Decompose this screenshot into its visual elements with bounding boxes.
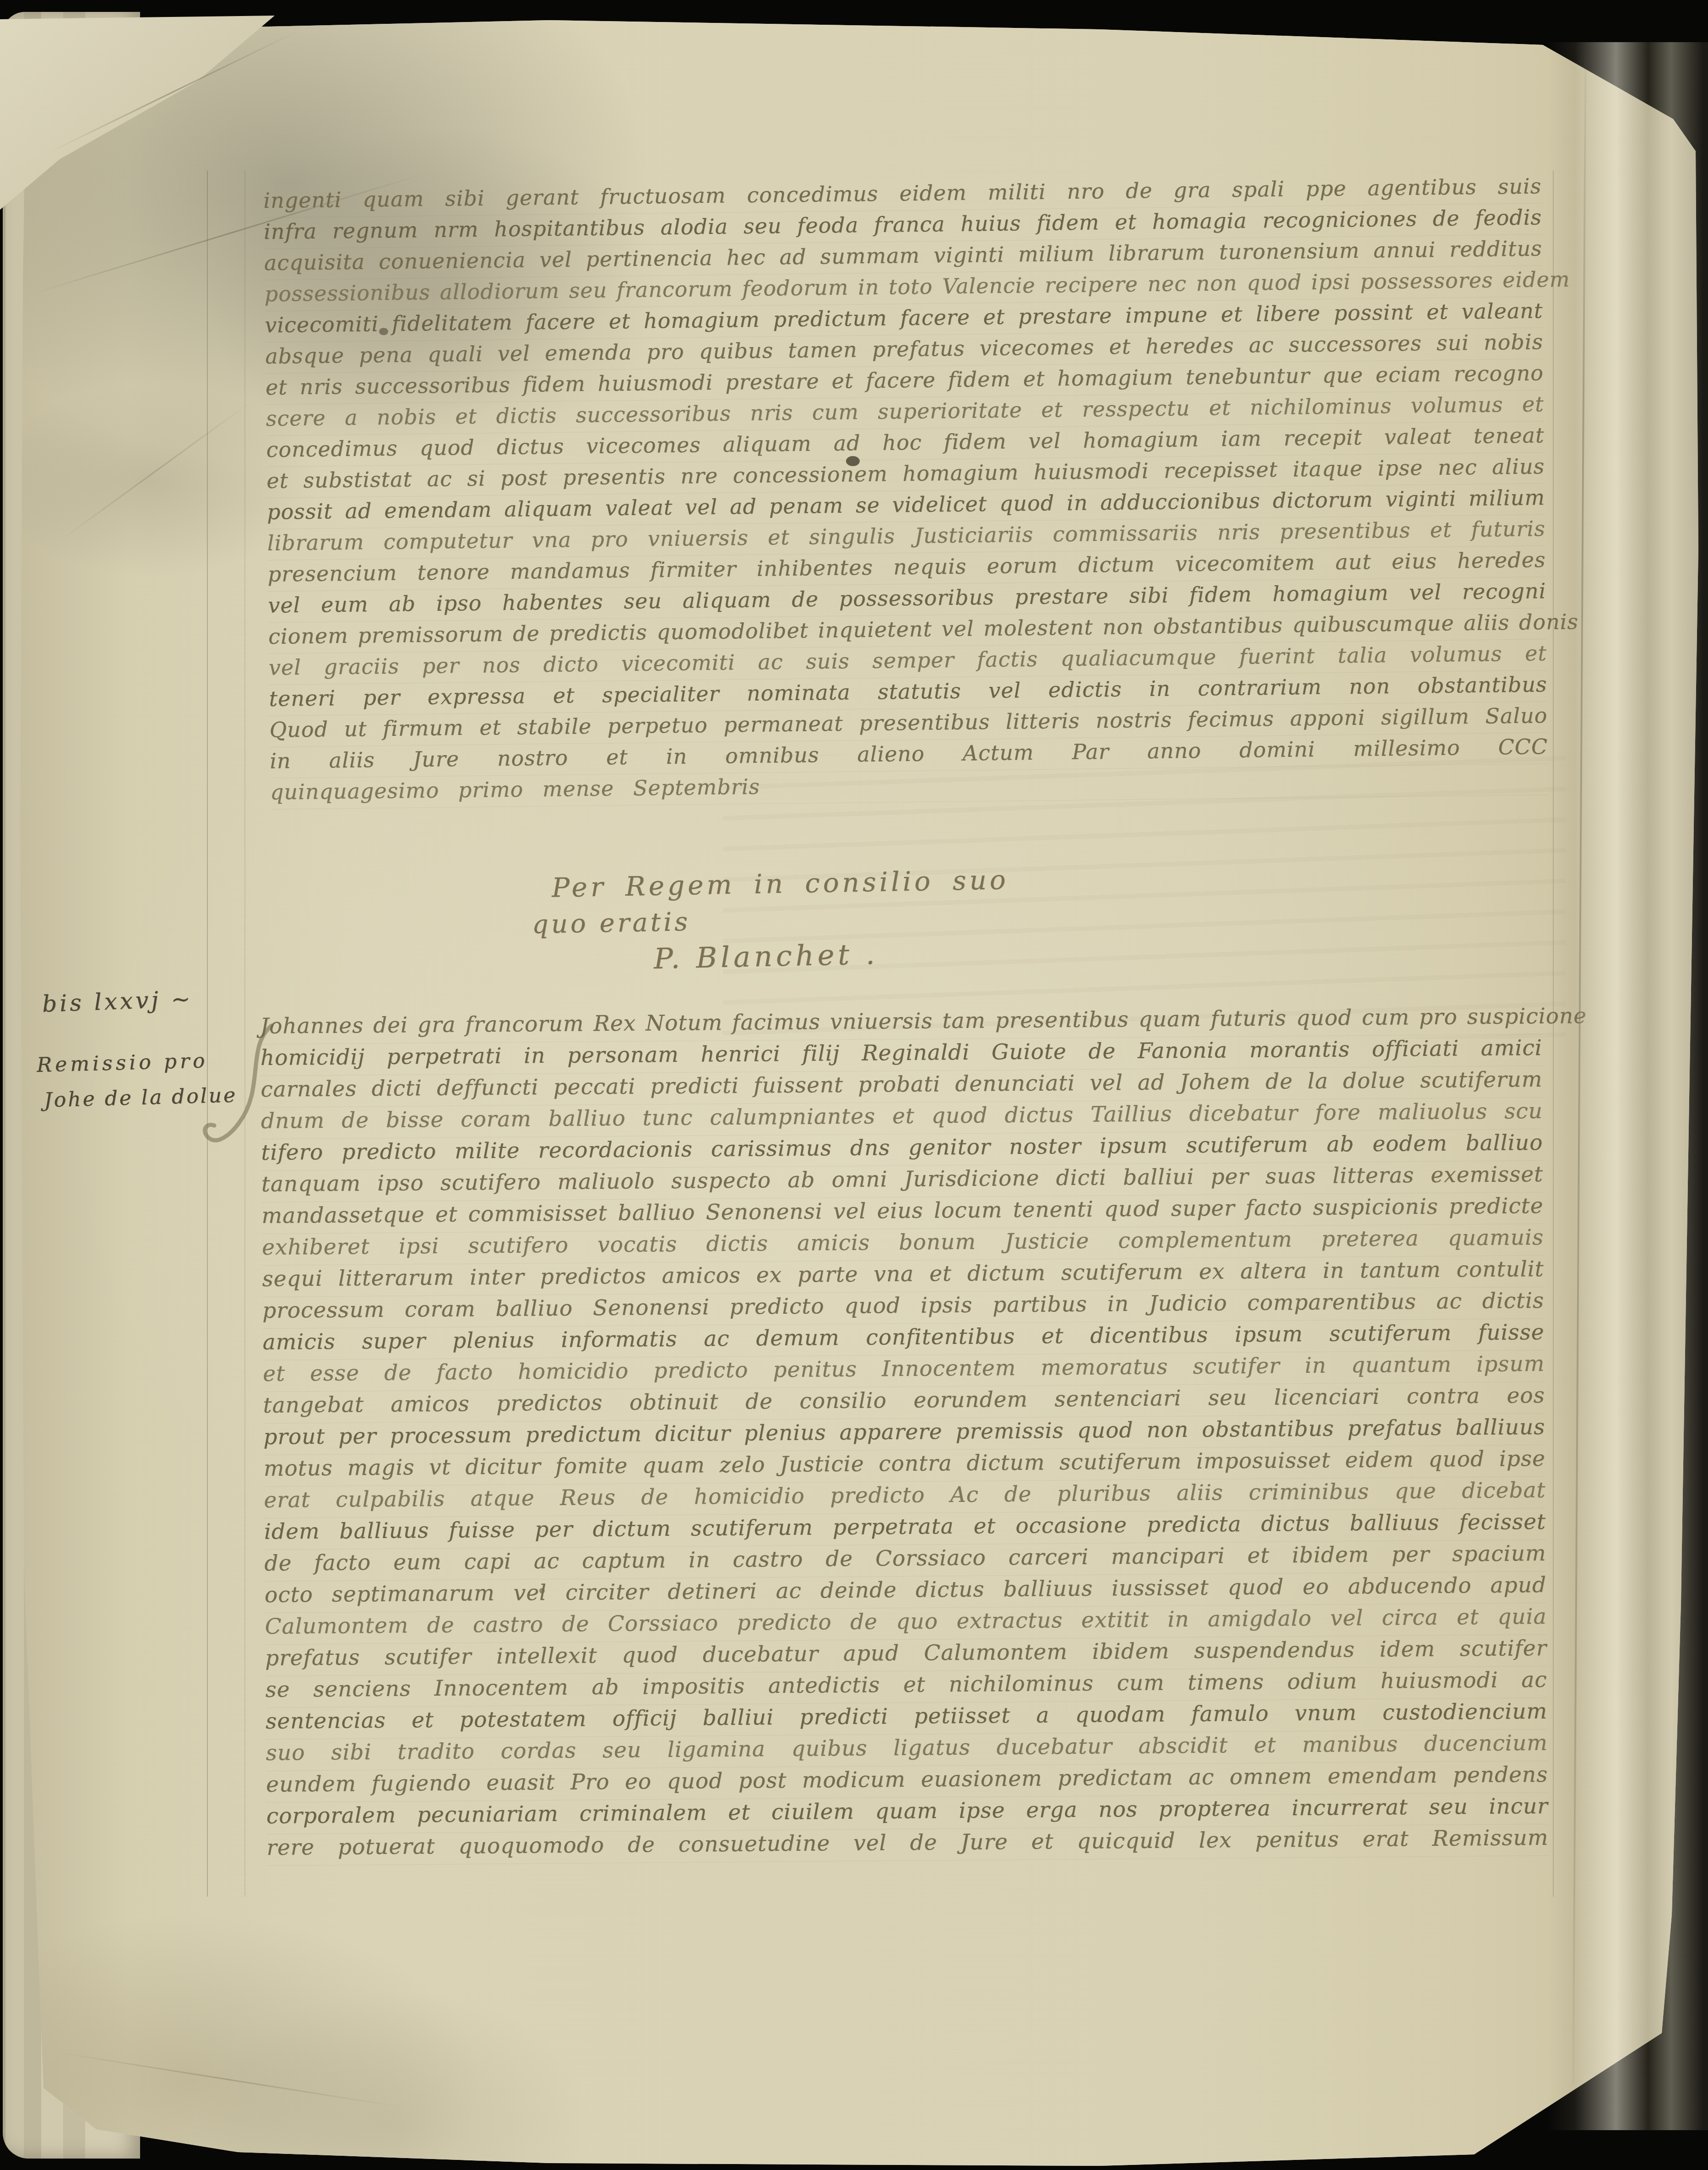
margin-act-number: bis lxxvj ~ — [42, 985, 193, 1017]
margin-rubric-line: Remissio pro — [36, 1049, 208, 1077]
clerk-signature: P. Blanchet . — [653, 937, 878, 975]
lower-act-text-block: Johannes dei gra francorum Rex Notum fac… — [260, 1003, 1549, 1866]
upper-act-text-block: ingenti quam sibi gerant fructuosam conc… — [263, 172, 1548, 810]
chancery-subscription-line: quo eratis — [531, 907, 690, 940]
book-fore-edge — [1547, 42, 1708, 2130]
